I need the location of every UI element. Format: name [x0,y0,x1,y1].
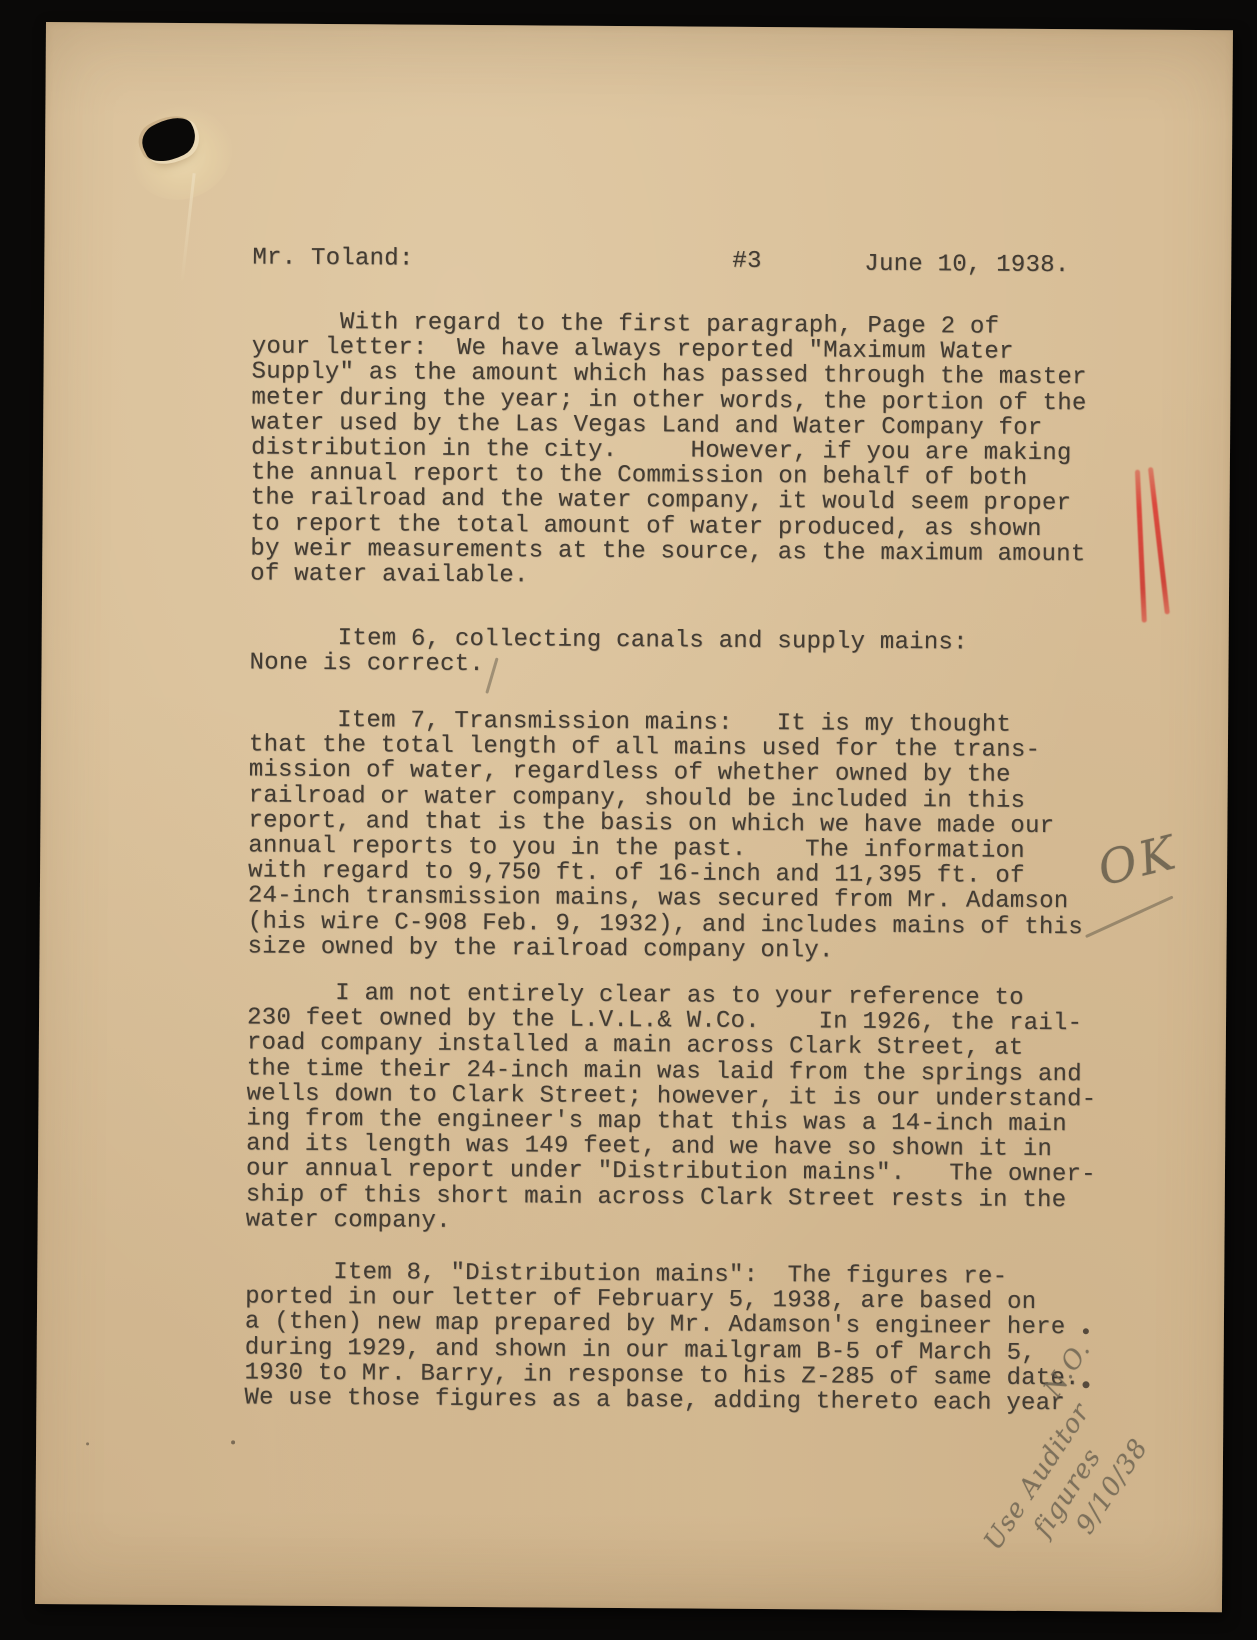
header-page-number: #3 [732,249,761,274]
header-recipient: Mr. Toland: [252,245,413,271]
ink-speck [1083,1328,1089,1334]
paragraph-item-7: Item 7, Transmission mains: It is my tho… [247,707,1149,965]
header-date: June 10, 1938. [864,252,1069,279]
paragraph-maximum-water-supply: With regard to the first paragraph, Page… [250,309,1152,593]
red-tally-mark-2 [1148,467,1170,615]
ink-speck [231,1440,235,1444]
paragraph-item-6: Item 6, collecting canals and supply mai… [249,625,1149,682]
letter-paper: Mr. Toland: #3 June 10, 1938. With regar… [35,22,1233,1612]
ink-speck [86,1442,89,1445]
paragraph-item-8: Item 8, "Distribution mains": The figure… [244,1259,1145,1416]
ink-speck [1082,1381,1089,1388]
paragraph-clark-street-main: I am not entirely clear as to your refer… [246,980,1148,1238]
